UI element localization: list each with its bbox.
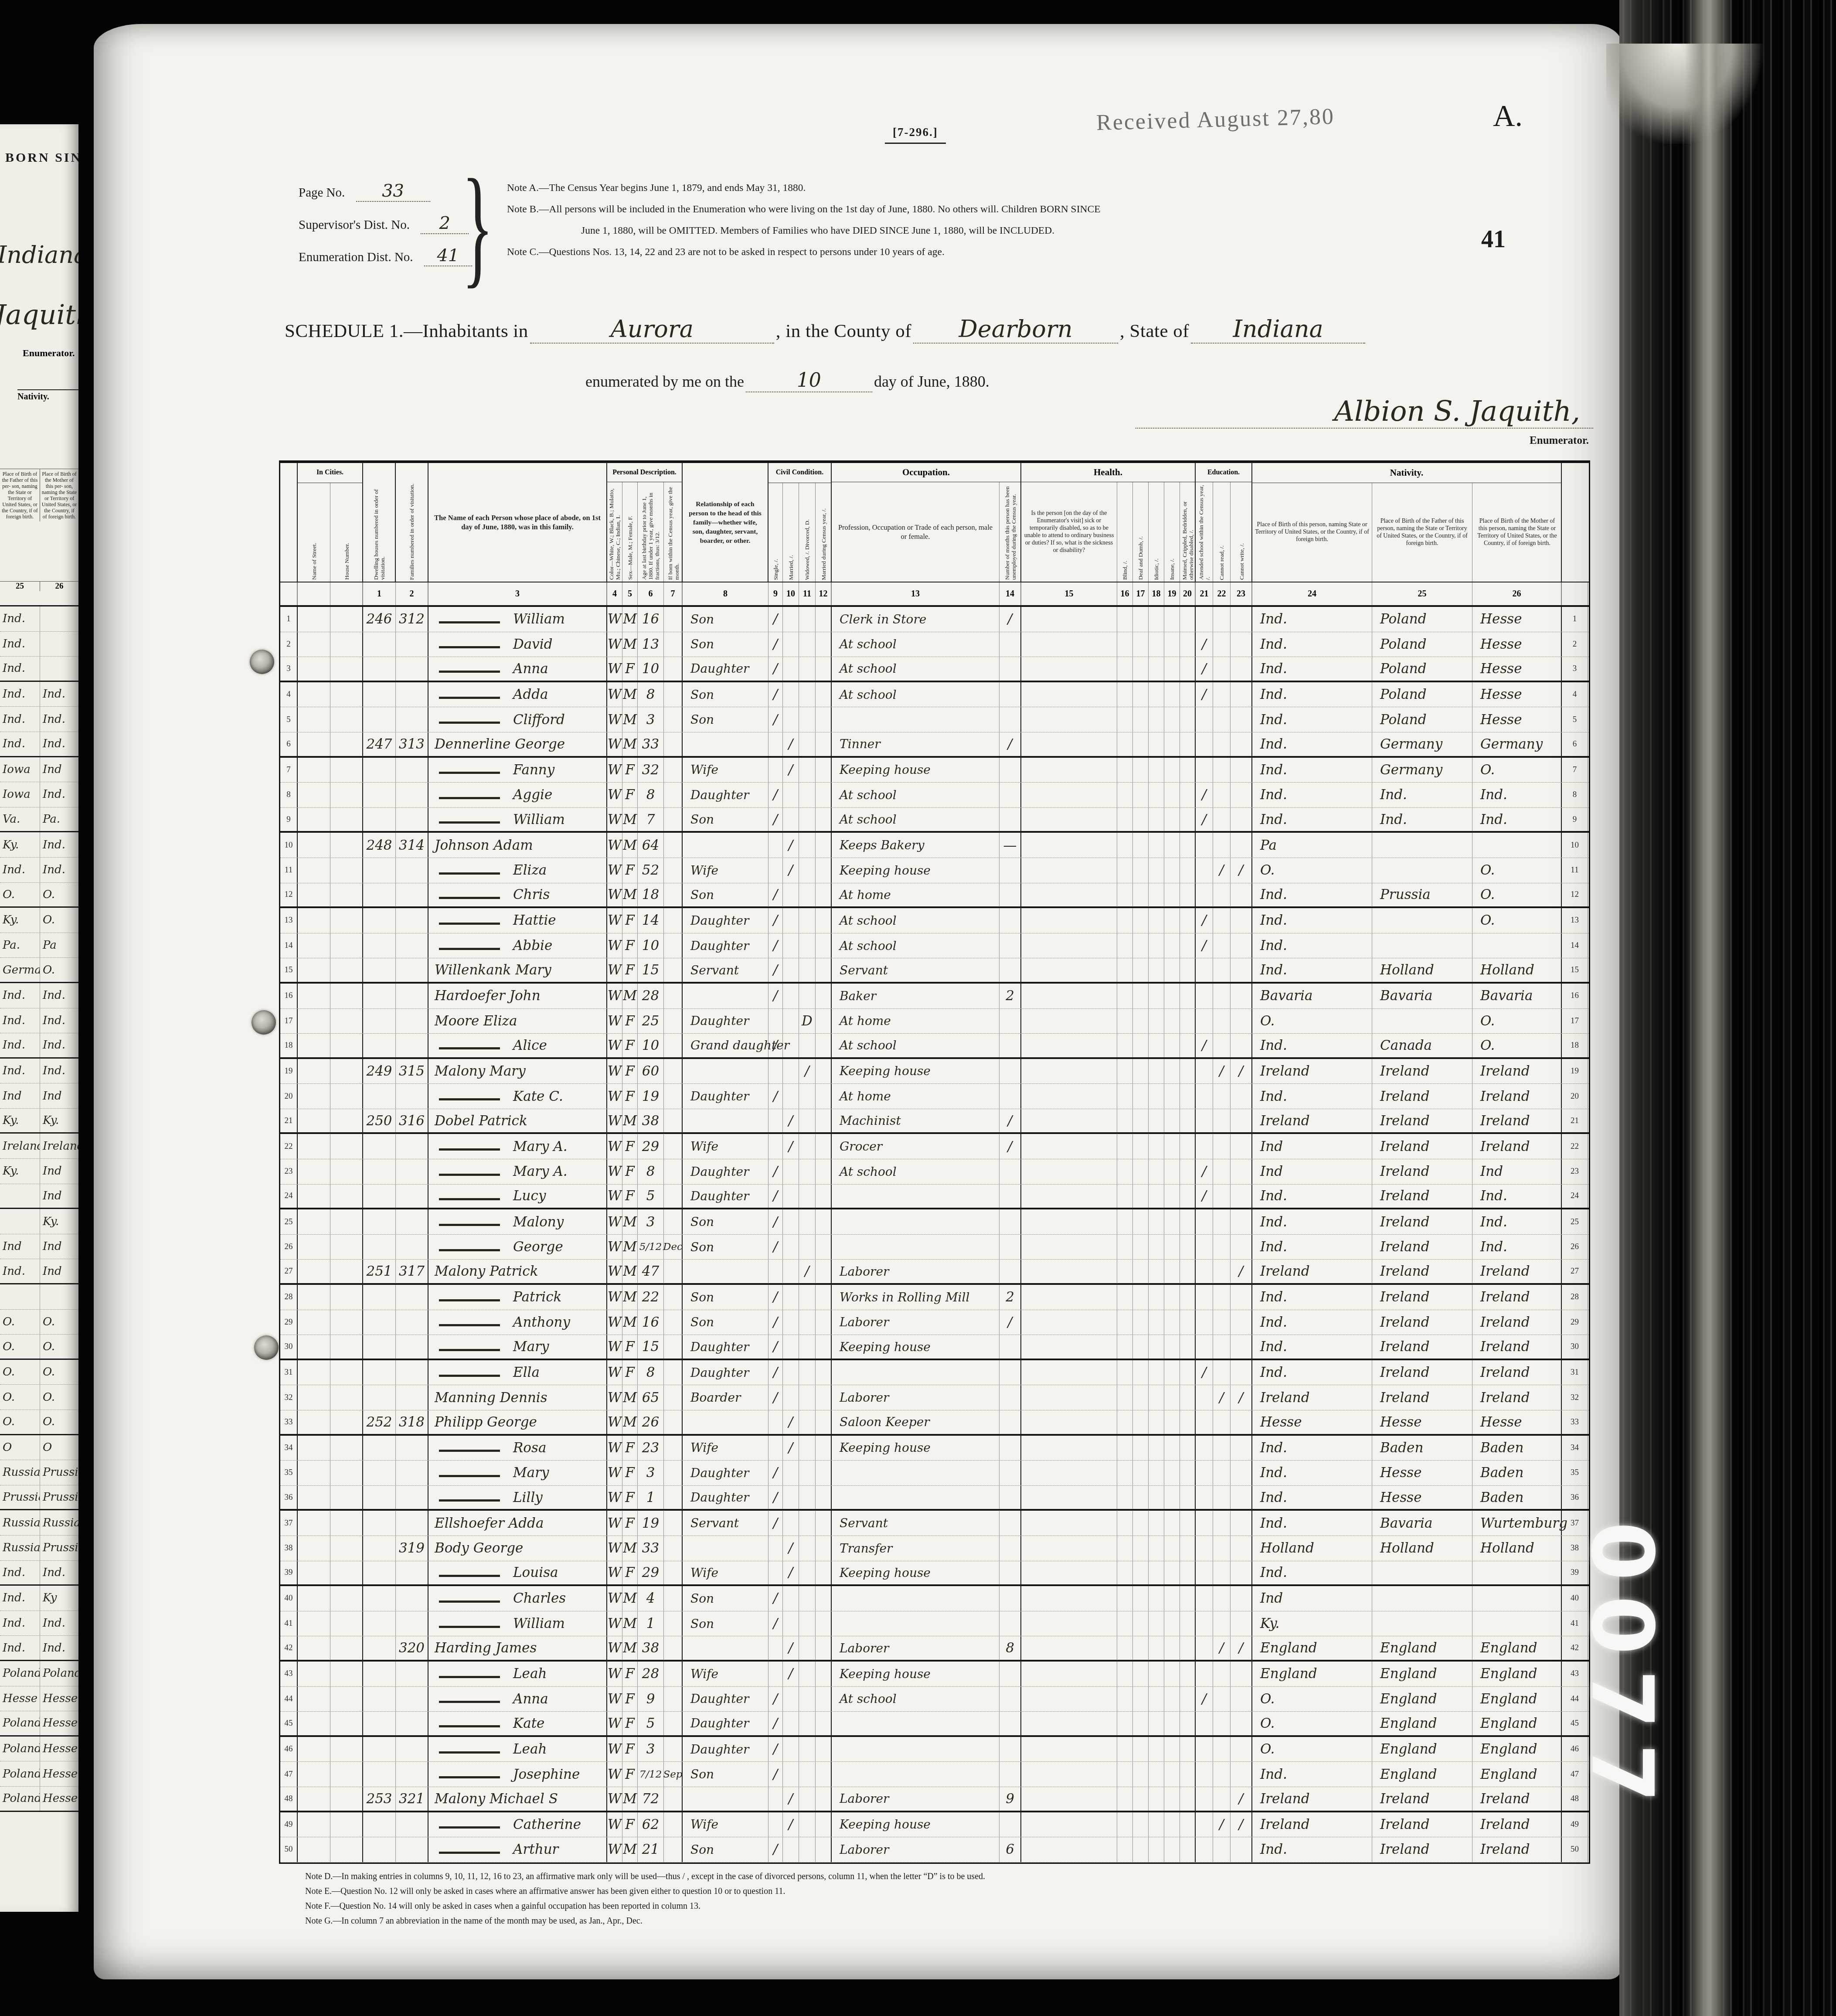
cell-hs [330,1159,363,1184]
cell-n25: Poland [1372,657,1472,681]
cell-a: 26 [638,1410,664,1434]
cell-mo [664,1410,683,1434]
cell-un [1000,1586,1021,1611]
cell-c: W [607,1712,622,1735]
cell-cw [1231,732,1252,756]
cell-c: W [607,1586,622,1611]
column-number: 14 [1000,582,1021,605]
cell-mo [664,1687,683,1712]
cell-mr [783,707,799,732]
strip-row: OO [0,1435,78,1461]
cell-mo [664,1837,683,1862]
cell-id [1149,682,1164,707]
cell-ln: 37 [280,1511,298,1536]
cell-wd [799,1561,816,1585]
cell-a: 8 [638,783,664,807]
cell-c: W [607,783,622,807]
cell-n25: England [1372,1662,1472,1686]
cell-fm [396,1285,428,1310]
cell-un: / [1000,1310,1021,1335]
cell-sg: / [768,632,783,657]
bottom-notes: Note D.—In making entries in columns 9, … [305,1869,1569,1928]
strip-cell: O. [0,1410,40,1434]
cell-id [1149,1134,1164,1159]
cell-df [1133,1787,1149,1811]
cell-mr [783,1034,799,1057]
cell-n24: O. [1252,1712,1372,1735]
cell-wd [799,1662,816,1686]
table-row-24: 24LucyWF5Daughter//Ind.IrelandInd.24 [280,1185,1589,1210]
single-header: Single, /. [772,557,779,582]
cell-dw [363,1285,396,1310]
cell-cr [1213,984,1231,1008]
cell-sick [1021,1134,1117,1159]
cell-df [1133,1009,1149,1034]
cell-hs [330,682,363,707]
cell-mm [1180,1185,1196,1208]
cell-cw [1231,1285,1252,1310]
cell-cr [1213,933,1231,958]
cell-st [298,1611,330,1636]
cell-occ [832,1209,1000,1234]
cell-s: F [622,1561,638,1585]
cell-wd [799,1687,816,1712]
cell-c: W [607,1486,622,1509]
cell-fm [396,1209,428,1234]
cell-my [816,1185,832,1208]
cell-cw [1231,1159,1252,1184]
cell-dw [363,883,396,907]
cell-n24: Ind. [1252,657,1372,681]
cell-a: 10 [638,1034,664,1057]
cell-mr [783,657,799,681]
cell-c: W [607,1436,622,1461]
cell-un: 2 [1000,984,1021,1008]
cell-occ [832,1235,1000,1260]
cell-st [298,1662,330,1686]
cell-un [1000,1536,1021,1561]
cell-c: W [607,1561,622,1585]
cell-st [298,883,330,907]
dwelling-header-col: Dwelling houses numbered in order of vis… [363,463,396,582]
sex-header: Sex—Male, M.; Female, F. [626,514,634,582]
cell-nm: Charles [428,1586,607,1611]
header-group-health: Health. Is the person [on the day of the… [1021,463,1196,582]
cell-mr [783,933,799,958]
cell-at [1196,1511,1213,1536]
cell-mo [664,758,683,783]
cell-at [1196,1285,1213,1310]
cell-mm [1180,632,1196,657]
cell-cw [1231,1185,1252,1208]
census-table: In Cities. Name of Street. House Number.… [279,460,1590,1864]
strip-col25-number: 25 [0,582,40,591]
cell-cr: / [1213,1636,1231,1660]
column-number: 15 [1021,582,1117,605]
strip-cell: Pa [40,933,78,958]
cell-c: W [607,1737,622,1762]
cell-rn: 9 [1562,808,1588,831]
cell-nm: Aggie [428,783,607,807]
cell-df [1133,758,1149,783]
previous-page-strip: BORN SINCE Indiana Jaquith, Enumerator. … [0,124,78,1912]
place-value: Aurora [530,315,774,344]
cell-occ: Saloon Keeper [832,1410,1000,1434]
cell-rn: 19 [1562,1059,1588,1084]
ditto-mark [439,1751,500,1754]
column-number: 16 [1117,582,1133,605]
cell-mo [664,1209,683,1234]
cell-un [1000,1335,1021,1359]
cell-mr: / [783,1561,799,1585]
column-number: 20 [1180,582,1196,605]
cell-mo [664,1662,683,1686]
table-row-11: 11ElizaWF52Wife/Keeping house//O.O.11 [280,858,1589,883]
cell-id [1149,958,1164,982]
cell-rel: Son [683,1586,768,1611]
cell-my [816,1687,832,1712]
cell-n26: O. [1472,883,1562,907]
strip-cell: Ind. [0,606,40,631]
cell-rel: Son [683,1235,768,1260]
cell-s: M [622,1611,638,1636]
cell-at: / [1196,808,1213,831]
strip-cell: Ind [40,1159,78,1184]
cell-at [1196,1812,1213,1837]
cell-bl [1117,1586,1133,1611]
cell-cw [1231,632,1252,657]
cell-df [1133,732,1149,756]
cell-cr [1213,1209,1231,1234]
cell-mr [783,1260,799,1283]
cell-my [816,682,832,707]
cell-my [816,1059,832,1084]
cell-mo [664,1034,683,1057]
strip-cell: Ind. [0,657,40,681]
cell-rel: Wife [683,1662,768,1686]
cell-ins [1164,1159,1180,1184]
cell-sick [1021,883,1117,907]
cell-ins [1164,833,1180,858]
cell-ln: 14 [280,933,298,958]
cell-at [1196,984,1213,1008]
cell-dw [363,1586,396,1611]
strip-cell: Ky. [40,1109,78,1133]
strip-row: Ind. [0,657,78,682]
cell-bl [1117,1360,1133,1385]
cell-wd [799,783,816,807]
cell-bl [1117,984,1133,1008]
cell-at [1196,1611,1213,1636]
strip-cell: Ind. [0,1636,40,1660]
strip-row: PolandHesse [0,1737,78,1762]
table-row-15: 15Willenkank MaryWF15Servant/ServantInd.… [280,958,1589,984]
ditto-mark [439,722,500,724]
cell-occ [832,1486,1000,1509]
cell-dw [363,958,396,982]
strip-col26-header: Place of Birth of the Mother of this per… [40,469,78,521]
cell-dw: 249 [363,1059,396,1084]
cell-mm [1180,1235,1196,1260]
cell-fm [396,1586,428,1611]
strip-cell: Ind. [40,1008,78,1033]
cell-n24: Ind [1252,1134,1372,1159]
cell-dw [363,1185,396,1208]
cell-my [816,833,832,858]
cell-st [298,707,330,732]
strip-cell: Ind. [40,1611,78,1636]
cell-nm: Leah [428,1662,607,1686]
cell-n26: Holland [1472,1536,1562,1561]
cell-a: 3 [638,1737,664,1762]
cell-hs [330,908,363,933]
cell-sick [1021,1687,1117,1712]
cell-s: F [622,1687,638,1712]
cell-c: W [607,808,622,831]
cell-ln: 13 [280,908,298,933]
cell-n24: Ireland [1252,1260,1372,1283]
cell-rel: Servant [683,958,768,982]
cell-mo [664,933,683,958]
cell-fm: 312 [396,607,428,632]
cell-hs [330,933,363,958]
cell-mo [664,1335,683,1359]
cell-mo [664,1159,683,1184]
cell-bl [1117,1235,1133,1260]
in-cities-group-label: In Cities. [298,463,362,483]
cell-ln: 40 [280,1586,298,1611]
cell-n24: Ky. [1252,1611,1372,1636]
cell-fm [396,783,428,807]
cell-st [298,1260,330,1283]
cell-st [298,984,330,1008]
strip-cell [40,632,78,657]
cell-sick [1021,1059,1117,1084]
cell-cr [1213,1109,1231,1133]
cell-mr [783,1059,799,1084]
strip-cell: Prussia [40,1460,78,1485]
cell-sick [1021,1436,1117,1461]
cell-dw [363,1687,396,1712]
cell-ins [1164,1410,1180,1434]
strip-row: Ind [0,1184,78,1209]
ditto-mark [439,1198,500,1200]
cell-a: 33 [638,1536,664,1561]
cell-sg: / [768,1335,783,1359]
cell-c: W [607,1511,622,1536]
ditto-mark [439,1148,500,1151]
cell-fm: 317 [396,1260,428,1283]
cell-occ: Keeping house [832,1335,1000,1359]
cell-n25: England [1372,1762,1472,1787]
cell-ins [1164,1260,1180,1283]
cell-rn: 4 [1562,682,1588,707]
cell-hs [330,1109,363,1133]
cell-wd: / [799,1059,816,1084]
cell-at [1196,883,1213,907]
cell-id [1149,1636,1164,1660]
cell-at: / [1196,783,1213,807]
cell-dw [363,984,396,1008]
strip-cell: Ind. [40,1636,78,1660]
cell-df [1133,1059,1149,1084]
column-number: 11 [799,582,816,605]
cell-hs [330,1712,363,1735]
note-f: Note F.—Question No. 14 will only be ask… [305,1899,1569,1914]
strip-cell: O. [0,883,40,907]
cell-a: 3 [638,707,664,732]
cell-id [1149,632,1164,657]
cell-rn: 50 [1562,1837,1588,1862]
cell-ins [1164,657,1180,681]
cell-ins [1164,933,1180,958]
cell-sg: / [768,808,783,831]
cell-wd [799,1410,816,1434]
cell-df [1133,1285,1149,1310]
cell-c: W [607,1134,622,1159]
cell-hs [330,1185,363,1208]
cell-ln: 6 [280,732,298,756]
strip-cell: Ind. [40,1059,78,1083]
cell-occ: Laborer [832,1837,1000,1862]
cell-ln: 29 [280,1310,298,1335]
cell-st [298,1235,330,1260]
cell-sg: / [768,1511,783,1536]
cell-ins [1164,1812,1180,1837]
column-numbers: 1234567891011121314151617181920212223242… [280,582,1589,607]
cell-c: W [607,1034,622,1057]
strip-row: RussiaRussia [0,1510,78,1536]
cell-c: W [607,883,622,907]
cell-nm: Johnson Adam [428,833,607,858]
cell-fm [396,1511,428,1536]
cell-bl [1117,933,1133,958]
cell-hs [330,758,363,783]
cell-my [816,1636,832,1660]
cell-df [1133,1410,1149,1434]
cell-mr [783,1511,799,1536]
cell-cr [1213,758,1231,783]
cell-my [816,1009,832,1034]
cell-rel: Daughter [683,1737,768,1762]
name-header-col: The Name of each Person whose place of a… [428,463,607,582]
cell-sick [1021,1159,1117,1184]
strip-row: Ind. [0,632,78,657]
cell-a: 3 [638,1209,664,1234]
civil-condition-group-label: Civil Condition. [768,463,831,483]
cell-st [298,1486,330,1509]
cell-sick [1021,682,1117,707]
cell-mm [1180,1134,1196,1159]
cell-mm [1180,657,1196,681]
cell-n24: Ind. [1252,707,1372,732]
ditto-mark [439,1725,500,1727]
table-row-32: 32Manning DennisWM65Boarder/Laborer//Ire… [280,1385,1589,1410]
cell-n25 [1372,1611,1472,1636]
cell-nm: Anna [428,657,607,681]
cell-wd [799,1812,816,1837]
strip-row: Ind.Ind. [0,1008,78,1034]
cell-nm: Anthony [428,1310,607,1335]
cell-s: M [622,808,638,831]
cell-nm: Mary A. [428,1134,607,1159]
cell-hs [330,833,363,858]
cell-n26: Ind. [1472,1209,1562,1234]
cell-nm: Chris [428,883,607,907]
strip-cell [40,657,78,681]
cell-n26: O. [1472,758,1562,783]
table-row-8: 8AggieWF8Daughter/At school/Ind.Ind.Ind.… [280,783,1589,808]
cell-n26: Ind. [1472,808,1562,831]
cell-occ [832,1586,1000,1611]
cell-s: F [622,1335,638,1359]
received-date-stamp: Received August 27,80 [1096,104,1335,136]
cell-bl [1117,1536,1133,1561]
table-row-25: 25MalonyWM3Son/Ind.IrelandInd.25 [280,1209,1589,1235]
county-value: Dearborn [913,315,1118,344]
strip-cell: Poland [0,1761,40,1786]
cell-at: / [1196,682,1213,707]
cell-fm [396,682,428,707]
cell-ins [1164,1009,1180,1034]
cell-n24: Ind. [1252,1511,1372,1536]
cell-un: / [1000,607,1021,632]
cell-a: 3 [638,1461,664,1485]
cell-un [1000,1185,1021,1208]
cell-df [1133,1335,1149,1359]
cell-my [816,1737,832,1762]
strip-cell: Ind. [40,682,78,707]
cell-rn: 34 [1562,1436,1588,1461]
cell-occ: At home [832,1009,1000,1034]
strip-row: Ind.Ind. [0,732,78,757]
column-number: 7 [664,582,683,605]
cell-mo [664,632,683,657]
cell-hs [330,1059,363,1084]
cell-mm [1180,1787,1196,1811]
cell-dw [363,1009,396,1034]
strip-row: IrelandIreland [0,1134,78,1159]
cell-cw [1231,1486,1252,1509]
cell-fm [396,707,428,732]
cell-occ [832,707,1000,732]
table-row-44: 44AnnaWF9Daughter/At school/O.EnglandEng… [280,1687,1589,1712]
cell-nm: Abbie [428,933,607,958]
cell-sg: / [768,707,783,732]
cell-bl [1117,1636,1133,1660]
cell-occ: At school [832,1687,1000,1712]
cell-nm: Harding James [428,1636,607,1660]
cell-n24: Hesse [1252,1410,1372,1434]
cell-n25: Prussia [1372,883,1472,907]
state-label: , State of [1120,321,1189,341]
cell-ins [1164,1385,1180,1410]
strip-cell: Ky. [0,832,40,857]
cell-n26: England [1472,1687,1562,1712]
cell-mo [664,1436,683,1461]
cell-cw: / [1231,1812,1252,1837]
cell-cr [1213,1486,1231,1509]
cell-bl [1117,1812,1133,1837]
cell-n25: Ireland [1372,1385,1472,1410]
cell-st [298,908,330,933]
cell-cr [1213,607,1231,632]
cell-fm [396,1737,428,1762]
cell-s: M [622,883,638,907]
cell-wd [799,1536,816,1561]
birth-person-header: Place of Birth of this person, naming St… [1252,483,1372,582]
cell-wd [799,1787,816,1811]
